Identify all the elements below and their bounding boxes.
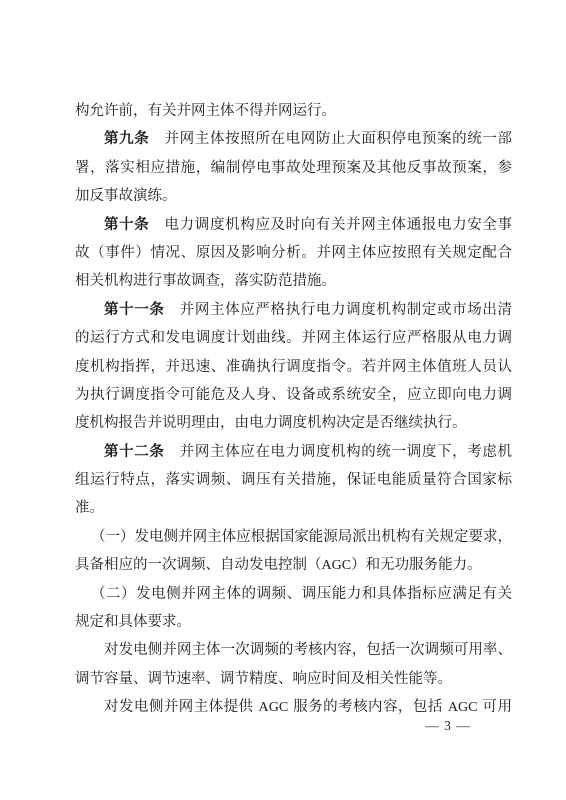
text-segment: 对发电侧并网主体一次调频的考核内容，包括一次调频可用率、 — [104, 642, 512, 658]
text-segment: 调节容量、调节速率、调节精度、响应时间及相关性能等。 — [75, 671, 452, 687]
text-segment: 相关机构进行事故调查，落实防范措施。 — [75, 273, 336, 289]
text-line: （二）发电侧并网主体的调频、调压能力和具体指标应满足有关 — [75, 580, 512, 608]
text-line: 第九条 并网主体按照所在电网防止大面积停电预案的统一部 — [75, 125, 512, 153]
text-segment: 组运行特点，落实调频、调压有关措施，保证电能质量符合国家标 — [75, 472, 512, 488]
text-segment: 加反事故演练。 — [75, 188, 177, 204]
text-line: 相关机构进行事故调查，落实防范措施。 — [75, 267, 512, 295]
text-line: 的运行方式和发电调度计划曲线。并网主体运行应严格服从电力调 — [75, 324, 512, 352]
text-segment: 并网主体应在电力调度机构的统一调度下，考虑机 — [165, 444, 512, 460]
text-line: 具备相应的一次调频、自动发电控制（AGC）和无功服务能力。 — [75, 551, 512, 579]
text-segment: 的运行方式和发电调度计划曲线。并网主体运行应严格服从电力调 — [75, 330, 512, 346]
article-heading: 第十二条 — [104, 444, 165, 460]
text-block: 构允许前，有关并网主体不得并网运行。第九条 并网主体按照所在电网防止大面积停电预… — [75, 97, 512, 722]
text-segment: （二）发电侧并网主体的调频、调压能力和具体指标应满足有关 — [91, 586, 512, 602]
text-line: 第十条 电力调度机构应及时向有关并网主体通报电力安全事 — [75, 211, 512, 239]
text-segment: 度机构报告并说明理由，由电力调度机构决定是否继续执行。 — [75, 415, 467, 431]
text-line: 准。 — [75, 494, 512, 522]
text-line: 第十一条 并网主体应严格执行电力调度机构制定或市场出清 — [75, 296, 512, 324]
text-segment: 电力调度机构应及时向有关并网主体通报电力安全事 — [149, 217, 512, 233]
text-segment: 署，落实相应措施，编制停电事故处理预案及其他反事故预案，参 — [75, 160, 512, 176]
text-segment: 并网主体应严格执行电力调度机构制定或市场出清 — [165, 302, 512, 318]
latin-term: AGC — [322, 557, 352, 573]
text-line: 规定和具体要求。 — [75, 608, 512, 636]
text-segment: 并网主体按照所在电网防止大面积停电预案的统一部 — [149, 131, 512, 147]
text-line: 故（事件）情况、原因及影响分析。并网主体应按照有关规定配合 — [75, 239, 512, 267]
text-line: 组运行特点，落实调频、调压有关措施，保证电能质量符合国家标 — [75, 466, 512, 494]
text-segment: 故（事件）情况、原因及影响分析。并网主体应按照有关规定配合 — [75, 245, 512, 261]
text-segment: 具备相应的一次调频、自动发电控制（ — [75, 557, 322, 573]
latin-term: AGC — [448, 699, 478, 715]
article-heading: 第十一条 — [104, 302, 165, 318]
text-line: 为执行调度指令可能危及人身、设备或系统安全，应立即向电力调 — [75, 381, 512, 409]
text-segment: 可用 — [478, 699, 513, 715]
text-line: 构允许前，有关并网主体不得并网运行。 — [75, 97, 512, 125]
text-line: 对发电侧并网主体一次调频的考核内容，包括一次调频可用率、 — [75, 636, 512, 664]
text-segment: 服务的考核内容，包括 — [288, 699, 448, 715]
text-line: 第十二条 并网主体应在电力调度机构的统一调度下，考虑机 — [75, 438, 512, 466]
text-segment: 为执行调度指令可能危及人身、设备或系统安全，应立即向电力调 — [75, 387, 512, 403]
latin-term: AGC — [259, 699, 289, 715]
text-segment: 准。 — [75, 500, 104, 516]
page-number: — 3 — — [400, 716, 496, 736]
text-segment: 对发电侧并网主体提供 — [104, 699, 259, 715]
text-line: 署，落实相应措施，编制停电事故处理预案及其他反事故预案，参 — [75, 154, 512, 182]
document-page: 构允许前，有关并网主体不得并网运行。第九条 并网主体按照所在电网防止大面积停电预… — [0, 0, 566, 800]
text-line: 调节容量、调节速率、调节精度、响应时间及相关性能等。 — [75, 665, 512, 693]
text-segment: 度机构指挥，并迅速、准确执行调度指令。若并网主体值班人员认 — [75, 359, 512, 375]
text-line: 度机构指挥，并迅速、准确执行调度指令。若并网主体值班人员认 — [75, 353, 512, 381]
text-line: 度机构报告并说明理由，由电力调度机构决定是否继续执行。 — [75, 409, 512, 437]
text-line: （一）发电侧并网主体应根据国家能源局派出机构有关规定要求， — [75, 523, 512, 551]
text-line: 加反事故演练。 — [75, 182, 512, 210]
text-segment: （一）发电侧并网主体应根据国家能源局派出机构有关规定要求， — [91, 529, 512, 545]
article-heading: 第十条 — [104, 217, 149, 233]
article-heading: 第九条 — [104, 131, 149, 147]
text-segment: 构允许前，有关并网主体不得并网运行。 — [75, 103, 336, 119]
text-segment: ）和无功服务能力。 — [351, 557, 482, 573]
text-segment: 规定和具体要求。 — [75, 614, 191, 630]
